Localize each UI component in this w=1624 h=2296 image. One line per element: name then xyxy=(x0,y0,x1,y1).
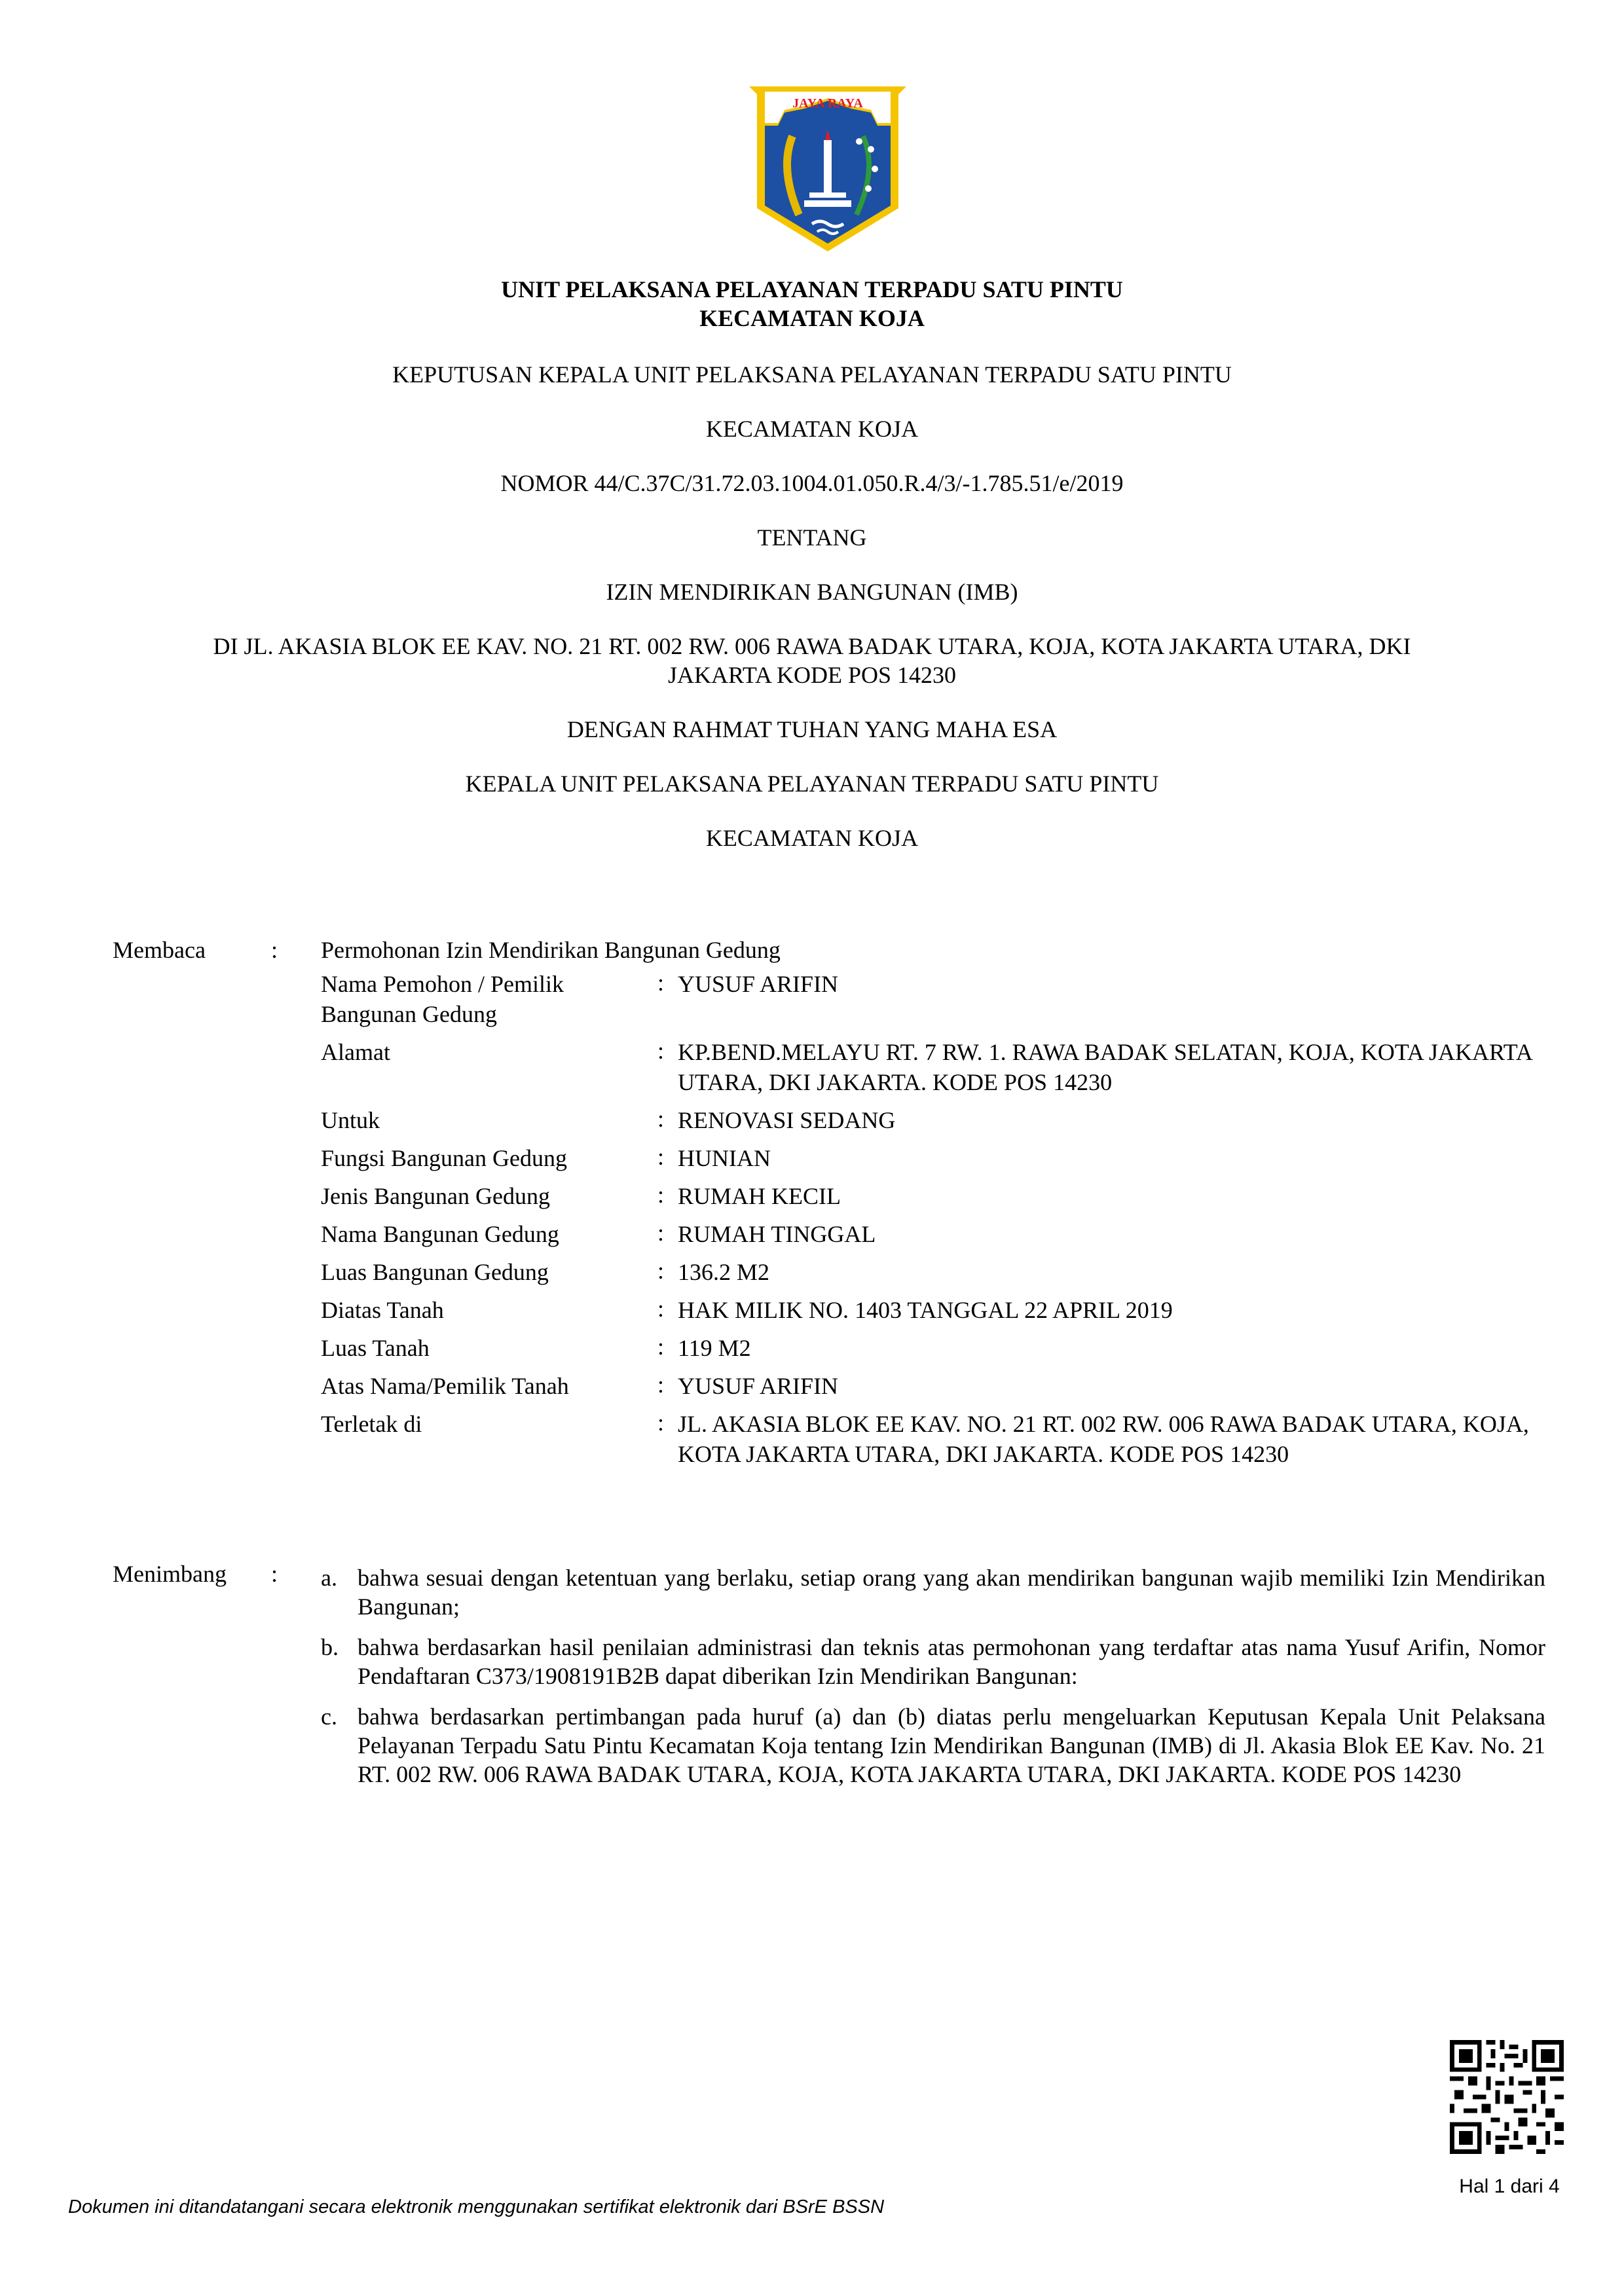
decree-location-line1: DI JL. AKASIA BLOK EE KAV. NO. 21 RT. 00… xyxy=(0,632,1624,661)
field-label-land-owner: Atas Nama/Pemilik Tanah xyxy=(321,1371,622,1401)
field-colon: : xyxy=(657,1371,664,1398)
field-label-land-area: Luas Tanah xyxy=(321,1333,622,1363)
field-value-land-area: 119 M2 xyxy=(678,1333,1555,1363)
field-colon: : xyxy=(657,1333,664,1360)
e-signature-note: Dokumen ini ditandatangani secara elektr… xyxy=(68,2196,884,2218)
field-colon: : xyxy=(657,1181,664,1209)
field-value-building-area: 136.2 M2 xyxy=(678,1257,1555,1287)
field-colon: : xyxy=(657,1105,664,1133)
head-district: KECAMATAN KOJA xyxy=(0,824,1624,852)
item-text: bahwa berdasarkan hasil penilaian admini… xyxy=(358,1633,1545,1690)
decree-location-line2: JAKARTA KODE POS 14230 xyxy=(0,661,1624,689)
page-indicator: Hal 1 dari 4 xyxy=(1441,2176,1578,2198)
field-label-purpose: Untuk xyxy=(321,1105,622,1135)
membaca-colon: : xyxy=(271,936,278,964)
item-text: bahwa berdasarkan pertimbangan pada huru… xyxy=(358,1702,1545,1789)
menimbang-label: Menimbang xyxy=(113,1560,227,1588)
head-title: KEPALA UNIT PELAKSANA PELAYANAN TERPADU … xyxy=(0,769,1624,798)
field-value-applicant: YUSUF ARIFIN xyxy=(678,969,1555,999)
field-value-address: KP.BEND.MELAYU RT. 7 RW. 1. RAWA BADAK S… xyxy=(678,1037,1555,1097)
field-label-function: Fungsi Bangunan Gedung xyxy=(321,1143,622,1173)
jakarta-coat-of-arms-logo: JAYA RAYA xyxy=(747,84,909,254)
menimbang-colon: : xyxy=(271,1560,278,1588)
membaca-label: Membaca xyxy=(113,936,206,964)
field-value-building-name: RUMAH TINGGAL xyxy=(678,1219,1555,1249)
menimbang-list: a. bahwa sesuai dengan ketentuan yang be… xyxy=(321,1563,1545,1800)
field-label-building-area: Luas Bangunan Gedung xyxy=(321,1257,622,1287)
menimbang-item: a. bahwa sesuai dengan ketentuan yang be… xyxy=(321,1563,1545,1621)
field-colon: : xyxy=(657,1219,664,1247)
field-value-land-owner: YUSUF ARIFIN xyxy=(678,1371,1555,1401)
field-value-location: JL. AKASIA BLOK EE KAV. NO. 21 RT. 002 R… xyxy=(678,1409,1555,1469)
membaca-intro: Permohonan Izin Mendirikan Bangunan Gedu… xyxy=(321,936,781,964)
item-letter: b. xyxy=(321,1633,358,1690)
decree-number: NOMOR 44/C.37C/31.72.03.1004.01.050.R.4/… xyxy=(0,469,1624,498)
field-label-address: Alamat xyxy=(321,1037,622,1067)
field-label-location: Terletak di xyxy=(321,1409,622,1439)
agency-district: KECAMATAN KOJA xyxy=(0,304,1624,333)
field-label-type: Jenis Bangunan Gedung xyxy=(321,1181,622,1211)
agency-name: UNIT PELAKSANA PELAYANAN TERPADU SATU PI… xyxy=(0,275,1624,304)
decree-district: KECAMATAN KOJA xyxy=(0,414,1624,443)
field-label-applicant: Nama Pemohon / Pemilik Bangunan Gedung xyxy=(321,969,622,1029)
field-label-building-name: Nama Bangunan Gedung xyxy=(321,1219,622,1249)
item-letter: a. xyxy=(321,1563,358,1621)
svg-text:JAYA RAYA: JAYA RAYA xyxy=(792,96,863,111)
decree-title: KEPUTUSAN KEPALA UNIT PELAKSANA PELAYANA… xyxy=(0,360,1624,389)
field-value-function: HUNIAN xyxy=(678,1143,1555,1173)
qr-code-icon xyxy=(1450,2040,1564,2154)
decree-about: TENTANG xyxy=(0,523,1624,552)
field-value-land-title: HAK MILIK NO. 1403 TANGGAL 22 APRIL 2019 xyxy=(678,1295,1555,1325)
decree-subject: IZIN MENDIRIKAN BANGUNAN (IMB) xyxy=(0,577,1624,606)
field-colon: : xyxy=(657,1143,664,1171)
menimbang-item: c. bahwa berdasarkan pertimbangan pada h… xyxy=(321,1702,1545,1789)
menimbang-item: b. bahwa berdasarkan hasil penilaian adm… xyxy=(321,1633,1545,1690)
field-colon: : xyxy=(657,1409,664,1436)
item-letter: c. xyxy=(321,1702,358,1789)
field-colon: : xyxy=(657,1295,664,1322)
field-value-purpose: RENOVASI SEDANG xyxy=(678,1105,1555,1135)
field-colon: : xyxy=(657,1037,664,1065)
field-label-land-title: Diatas Tanah xyxy=(321,1295,622,1325)
blessing-line: DENGAN RAHMAT TUHAN YANG MAHA ESA xyxy=(0,715,1624,744)
field-colon: : xyxy=(657,969,664,996)
item-text: bahwa sesuai dengan ketentuan yang berla… xyxy=(358,1563,1545,1621)
field-colon: : xyxy=(657,1257,664,1285)
field-value-type: RUMAH KECIL xyxy=(678,1181,1555,1211)
